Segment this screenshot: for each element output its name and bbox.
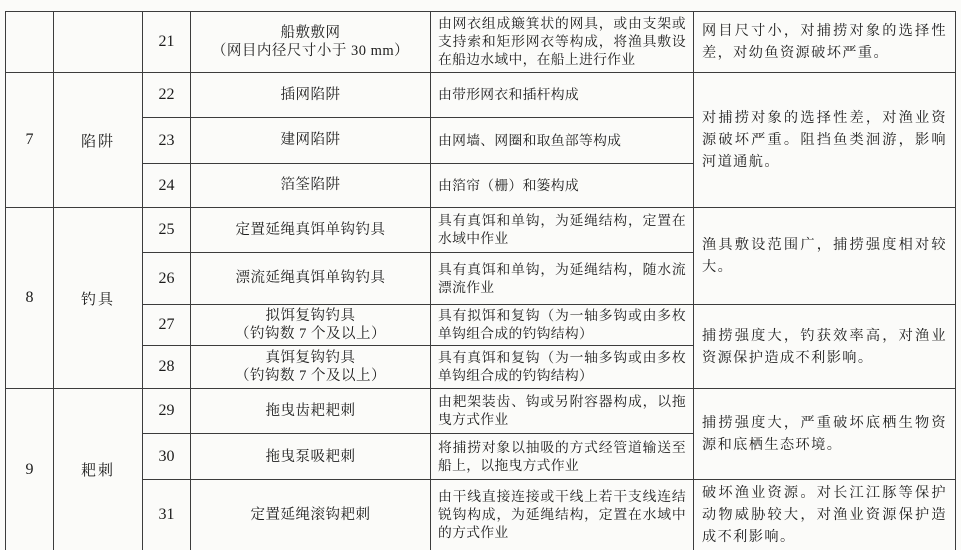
gear-name-cell: 拖曳齿耙耙刺 [191, 389, 431, 434]
gear-name-cell: 定置延绳真饵单钩钓具 [191, 208, 431, 253]
description-cell: 将捕捞对象以抽吸的方式经管道输送至船上，以拖曳方式作业 [431, 434, 694, 480]
fishing-gear-table: 21 船敷敷网 （网目内径尺寸小于 30 mm） 由网衣组成簸箕状的网具，或由支… [5, 11, 956, 550]
description-cell: 由网衣组成簸箕状的网具，或由支架或支持索和矩形网衣等构成，将渔具敷设在船边水域中… [431, 12, 694, 73]
row-number-cell: 23 [143, 118, 191, 164]
category-cell: 陷阱 [54, 73, 143, 208]
description-cell: 由带形网衣和插杆构成 [431, 73, 694, 118]
description-cell: 具有拟饵和复钩（为一轴多钩或由多枚单钩组合成的钓钩结构） [431, 305, 694, 346]
row-number-cell: 30 [143, 434, 191, 480]
seq-cell: 9 [6, 389, 54, 550]
impact-cell: 网目尺寸小，对捕捞对象的选择性差，对幼鱼资源破坏严重。 [694, 12, 956, 73]
description-cell: 由耙架装齿、钩或另附容器构成，以拖曳方式作业 [431, 389, 694, 434]
description-cell: 具有真饵和单钩，为延绳结构，定置在水域中作业 [431, 208, 694, 253]
gear-name-sub: （钓钩数 7 个及以上） [197, 367, 424, 385]
table-row: 27 拟饵复钩钓具 （钓钩数 7 个及以上） 具有拟饵和复钩（为一轴多钩或由多枚… [6, 305, 956, 346]
table-row: 9 耙刺 29 拖曳齿耙耙刺 由耙架装齿、钩或另附容器构成，以拖曳方式作业 捕捞… [6, 389, 956, 434]
gear-name-sub: （钓钩数 7 个及以上） [197, 325, 424, 343]
table-row: 8 钓具 25 定置延绳真饵单钩钓具 具有真饵和单钩，为延绳结构，定置在水域中作… [6, 208, 956, 253]
gear-name-cell: 船敷敷网 （网目内径尺寸小于 30 mm） [191, 12, 431, 73]
row-number-cell: 31 [143, 480, 191, 550]
gear-name: 拟饵复钩钓具 [197, 307, 424, 325]
impact-cell: 破坏渔业资源。对长江江豚等保护动物威胁较大，对渔业资源保护造成不利影响。 [694, 480, 956, 550]
row-number-cell: 28 [143, 346, 191, 389]
row-number-cell: 26 [143, 253, 191, 305]
impact-cell: 对捕捞对象的选择性差，对渔业资源破坏严重。阻挡鱼类洄游，影响河道通航。 [694, 73, 956, 208]
description-cell: 由箔帘（栅）和篓构成 [431, 164, 694, 208]
gear-name-cell: 定置延绳滚钩耙刺 [191, 480, 431, 550]
gear-name-cell: 插网陷阱 [191, 73, 431, 118]
gear-name-cell: 箔筌陷阱 [191, 164, 431, 208]
description-cell: 具有真饵和单钩，为延绳结构，随水流漂流作业 [431, 253, 694, 305]
gear-name-cell: 拟饵复钩钓具 （钓钩数 7 个及以上） [191, 305, 431, 346]
row-number-cell: 22 [143, 73, 191, 118]
gear-name-cell: 漂流延绳真饵单钩钓具 [191, 253, 431, 305]
description-cell: 由网墙、网圈和取鱼部等构成 [431, 118, 694, 164]
gear-name-sub: （网目内径尺寸小于 30 mm） [197, 42, 424, 60]
document-page: 21 船敷敷网 （网目内径尺寸小于 30 mm） 由网衣组成簸箕状的网具，或由支… [0, 0, 961, 550]
impact-cell: 捕捞强度大，钓获效率高，对渔业资源保护造成不利影响。 [694, 305, 956, 389]
gear-name: 船敷敷网 [197, 24, 424, 42]
description-cell: 具有真饵和复钩（为一轴多钩或由多枚单钩组合成的钓钩结构） [431, 346, 694, 389]
gear-name: 真饵复钩钓具 [197, 349, 424, 367]
gear-name-cell: 拖曳泵吸耙刺 [191, 434, 431, 480]
table-row: 31 定置延绳滚钩耙刺 由干线直接连接或干线上若干支线连结锐钩构成，为延绳结构，… [6, 480, 956, 550]
row-number-cell: 27 [143, 305, 191, 346]
row-number-cell: 29 [143, 389, 191, 434]
row-number-cell: 21 [143, 12, 191, 73]
impact-cell: 渔具敷设范围广，捕捞强度相对较大。 [694, 208, 956, 305]
seq-cell [6, 12, 54, 73]
impact-cell: 捕捞强度大，严重破坏底栖生物资源和底栖生态环境。 [694, 389, 956, 480]
row-number-cell: 24 [143, 164, 191, 208]
table-row: 7 陷阱 22 插网陷阱 由带形网衣和插杆构成 对捕捞对象的选择性差，对渔业资源… [6, 73, 956, 118]
category-cell: 钓具 [54, 208, 143, 389]
gear-name-cell: 建网陷阱 [191, 118, 431, 164]
seq-cell: 7 [6, 73, 54, 208]
description-cell: 由干线直接连接或干线上若干支线连结锐钩构成，为延绳结构，定置在水域中的方式作业 [431, 480, 694, 550]
seq-cell: 8 [6, 208, 54, 389]
table-row: 21 船敷敷网 （网目内径尺寸小于 30 mm） 由网衣组成簸箕状的网具，或由支… [6, 12, 956, 73]
row-number-cell: 25 [143, 208, 191, 253]
category-cell: 耙刺 [54, 389, 143, 550]
category-cell [54, 12, 143, 73]
gear-name-cell: 真饵复钩钓具 （钓钩数 7 个及以上） [191, 346, 431, 389]
